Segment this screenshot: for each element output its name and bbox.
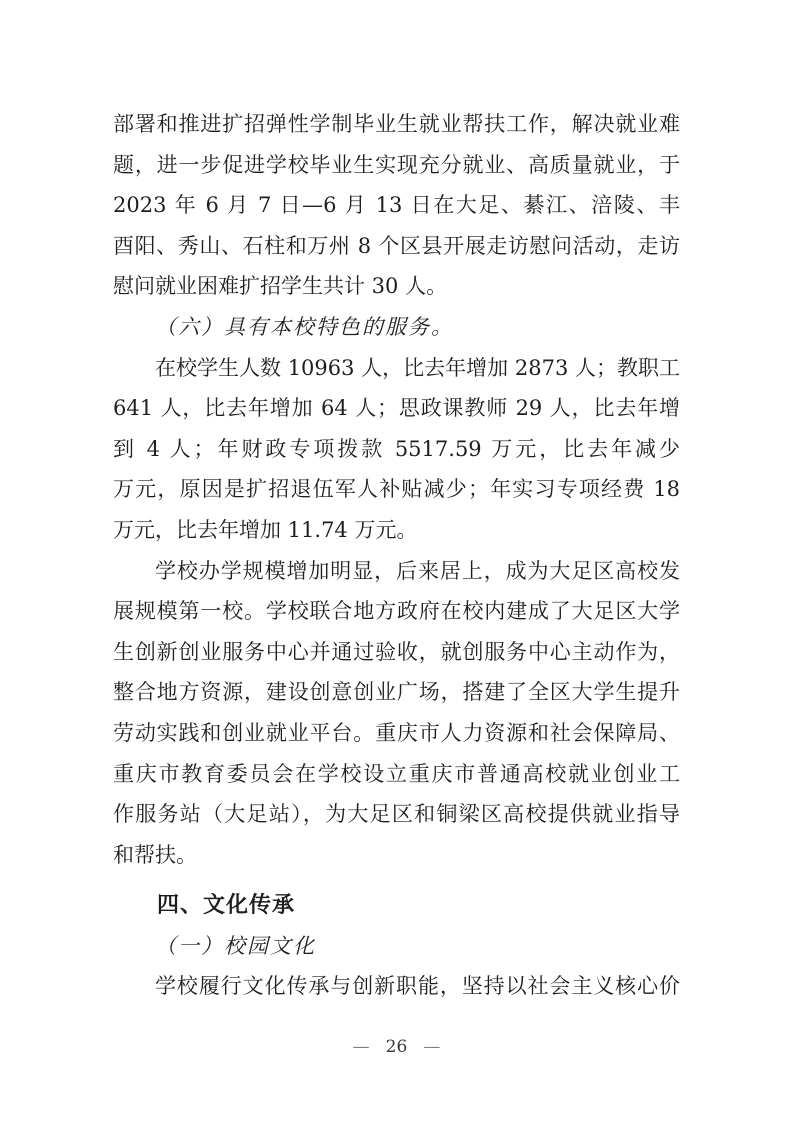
section-heading: （六）具有本校特色的服务。 <box>113 307 680 348</box>
text-line: 部署和推进扩招弹性学制毕业生就业帮扶工作，解决就业难 <box>113 104 680 145</box>
text-line: 题，进一步促进学校毕业生实现充分就业、高质量就业，于 <box>113 145 680 186</box>
text-line: 劳动实践和创业就业平台。重庆市人力资源和社会保障局、 <box>113 713 680 754</box>
text-line: 在校学生人数 10963 人，比去年增加 2873 人；教职工 <box>113 348 680 389</box>
text-line: 到 4 人；年财政专项拨款 5517.59 万元，比去年减少 935.35 <box>113 429 680 470</box>
text-line: 641 人，比去年增加 64 人；思政课教师 29 人，比去年增加 <box>113 388 680 429</box>
text-line: 慰问就业困难扩招学生共计 30 人。 <box>113 266 680 307</box>
text-line: 展规模第一校。学校联合地方政府在校内建成了大足区大学 <box>113 591 680 632</box>
footer-dash-right: — <box>423 1037 440 1057</box>
text-line: 2023 年 6 月 7 日—6 月 13 日在大足、綦江、涪陵、丰都、 <box>113 185 680 226</box>
text-line: 整合地方资源，建设创意创业广场，搭建了全区大学生提升 <box>113 672 680 713</box>
page-footer: —26— <box>0 1032 793 1062</box>
document-page: 部署和推进扩招弹性学制毕业生就业帮扶工作，解决就业难 题，进一步促进学校毕业生实… <box>0 0 793 1122</box>
footer-dash-left: — <box>353 1037 370 1057</box>
text-line: 万元，原因是扩招退伍军人补贴减少；年实习专项经费 18 <box>113 469 680 510</box>
text-line: 作服务站（大足站），为大足区和铜梁区高校提供就业指导 <box>113 794 680 835</box>
subsection-heading: （一）校园文化 <box>113 926 680 967</box>
page-number: 26 <box>386 1037 408 1057</box>
page-body: 部署和推进扩招弹性学制毕业生就业帮扶工作，解决就业难 题，进一步促进学校毕业生实… <box>113 104 680 1007</box>
text-line: 和帮扶。 <box>113 835 680 876</box>
text-line: 学校办学规模增加明显，后来居上，成为大足区高校发 <box>113 551 680 592</box>
text-line: 万元，比去年增加 11.74 万元。 <box>113 510 680 551</box>
chapter-heading: 四、文化传承 <box>113 885 680 926</box>
text-line: 重庆市教育委员会在学校设立重庆市普通高校就业创业工 <box>113 754 680 795</box>
text-line: 学校履行文化传承与创新职能，坚持以社会主义核心价 <box>113 966 680 1007</box>
text-line: 生创新创业服务中心并通过验收，就创服务中心主动作为， <box>113 632 680 673</box>
text-line: 酉阳、秀山、石柱和万州 8 个区县开展走访慰问活动，走访 <box>113 226 680 267</box>
